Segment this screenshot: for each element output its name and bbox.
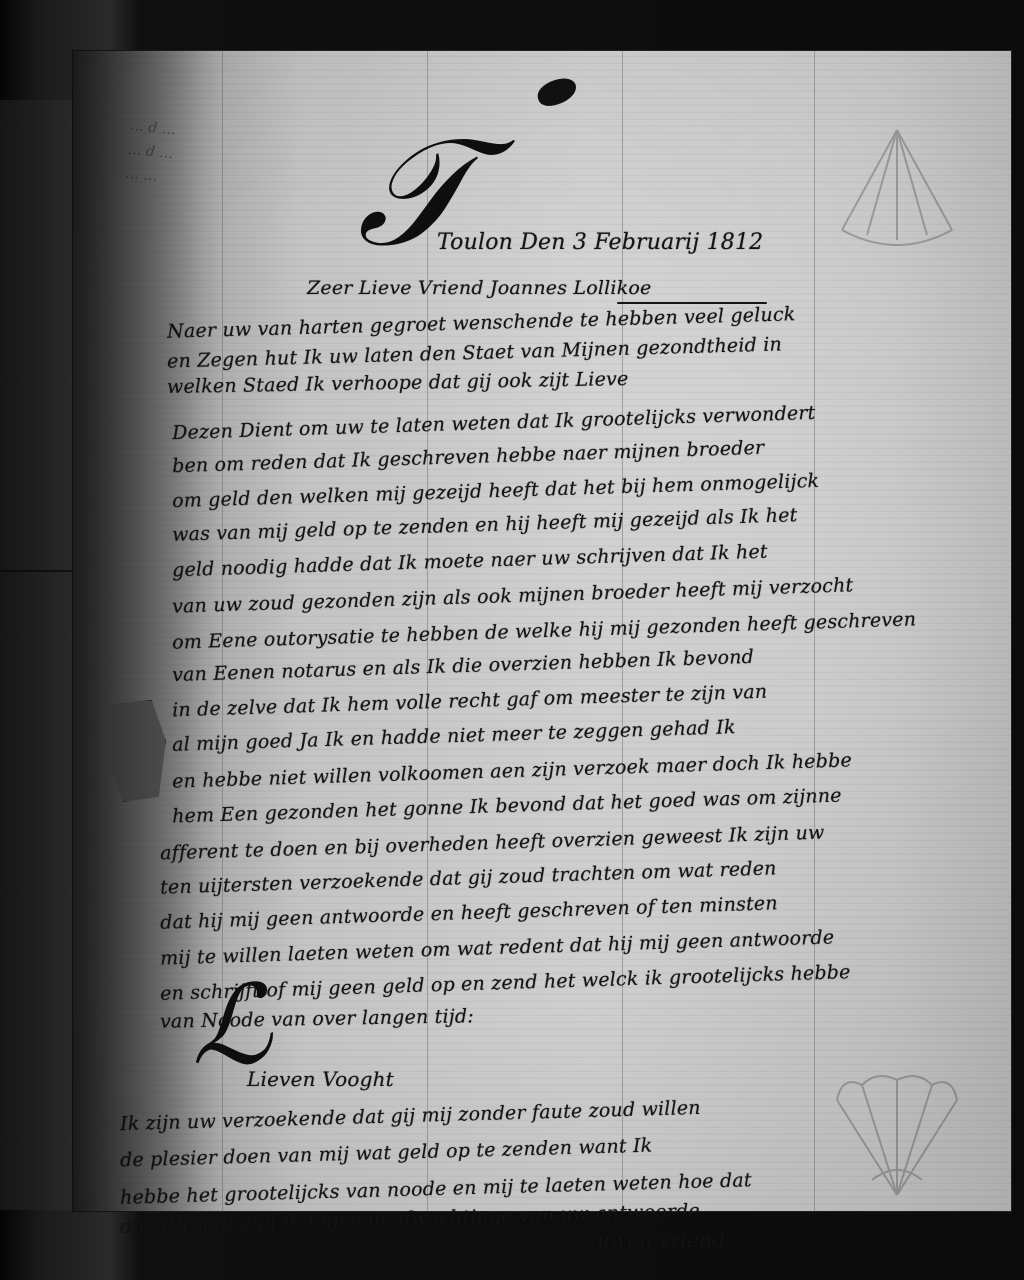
letter-paper: … d … … d … … … 𝒯 Toulon Den 3 Februarij… [72, 50, 1012, 1212]
body-line: was van mij geld op te zenden en hij hee… [172, 504, 798, 546]
salutation: Zeer Lieve Vriend Joannes Lollikoe [307, 277, 652, 299]
document-scan: … d … … d … … … 𝒯 Toulon Den 3 Februarij… [0, 0, 1024, 1280]
closing-line: Ik zijn uw verzoekende dat gij mij zonde… [120, 1097, 701, 1135]
body-line: van Eenen notarus en als Ik die overzien… [172, 646, 755, 686]
body-line: om Eene outorysatie te hebben de welke h… [172, 608, 917, 653]
body-line: al mijn goed Ja Ik en hadde niet meer te… [172, 716, 736, 756]
closing-line: de plesier doen van mij wat geld op te z… [120, 1135, 653, 1172]
body-line: in de zelve dat Ik hem volle recht gaf o… [172, 681, 768, 722]
signature: uwen vriend [597, 1228, 725, 1252]
decorative-initial-l: ℒ [192, 970, 271, 1080]
bleed-through-text: … d … … d … … … [124, 114, 350, 209]
body-line: geld noodig hadde dat Ik moete naer uw s… [172, 541, 768, 582]
body-line: welken Staed Ik verhoope dat gij ook zij… [167, 368, 629, 398]
ink-blot [534, 74, 579, 109]
body-line: dat hij mij geen antwoorde en heeft gesc… [160, 892, 778, 933]
body-line: ben om reden dat Ik geschreven hebbe nae… [172, 437, 765, 478]
shell-watermark-icon [822, 110, 972, 260]
body-line: van uw zoud gezonden zijn als ook mijnen… [172, 574, 854, 617]
body-line: hem Een gezonden het gonne Ik bevond dat… [172, 784, 842, 827]
shell-watermark-icon [822, 1060, 972, 1210]
place-date-line: Toulon Den 3 Februarij 1812 [437, 230, 763, 255]
body-line: en hebbe niet willen volkoomen aen zijn … [172, 749, 852, 792]
body-line: ten uijtersten verzoekende dat gij zoud … [160, 857, 777, 898]
paper-tear [94, 700, 166, 802]
closing-heading: Lieven Vooght [247, 1067, 394, 1091]
